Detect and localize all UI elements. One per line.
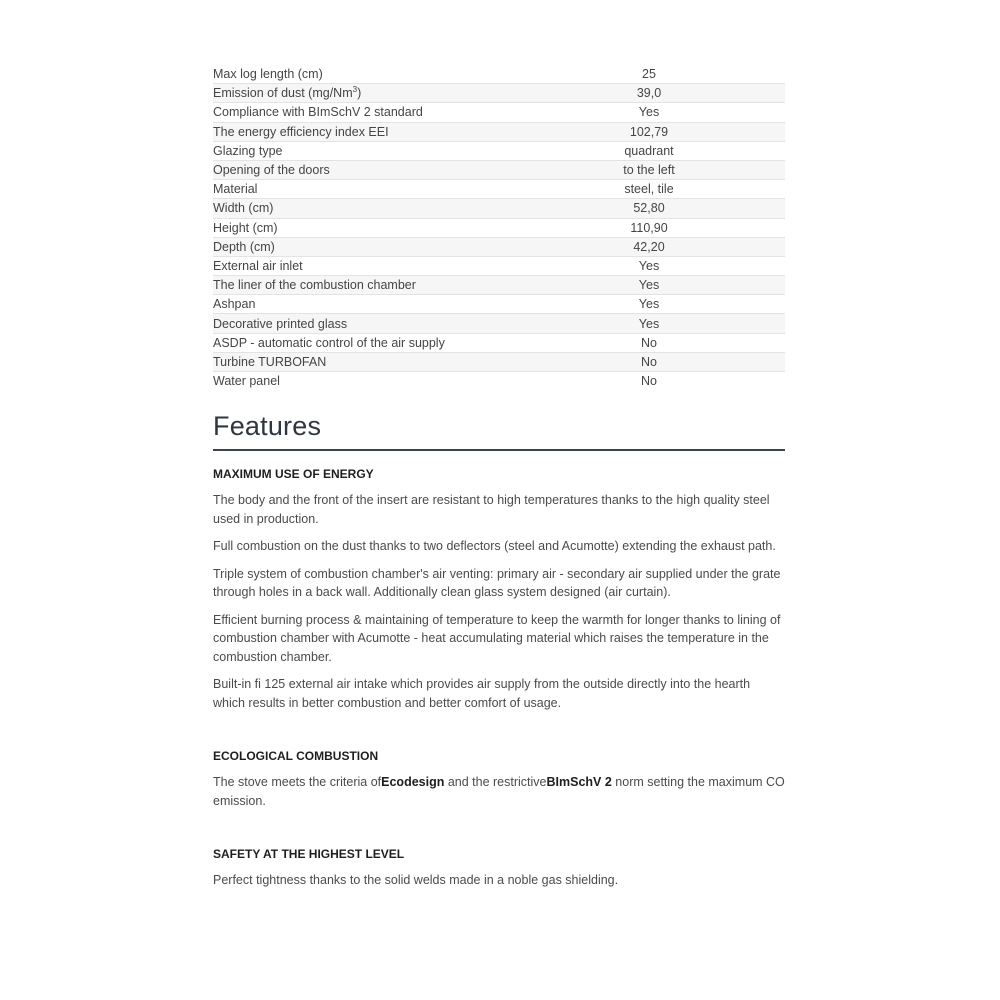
spec-value: Yes — [513, 103, 785, 122]
spec-label: Depth (cm) — [213, 237, 513, 256]
paragraph: The body and the front of the insert are… — [213, 491, 785, 528]
spec-row: External air inletYes — [213, 256, 785, 275]
spec-label: Opening of the doors — [213, 160, 513, 179]
section-ecological-combustion: ECOLOGICAL COMBUSTION The stove meets th… — [213, 748, 785, 810]
spec-row: Water panelNo — [213, 372, 785, 391]
spec-value: 25 — [513, 65, 785, 84]
spec-label: The liner of the combustion chamber — [213, 276, 513, 295]
bimschv-emphasis: BImSchV 2 — [547, 775, 612, 789]
paragraph: Full combustion on the dust thanks to tw… — [213, 537, 785, 556]
spec-row: The liner of the combustion chamberYes — [213, 276, 785, 295]
spec-row: Height (cm)110,90 — [213, 218, 785, 237]
spec-label: Compliance with BImSchV 2 standard — [213, 103, 513, 122]
spec-label: Decorative printed glass — [213, 314, 513, 333]
ecodesign-emphasis: Ecodesign — [381, 775, 444, 789]
section-heading: ECOLOGICAL COMBUSTION — [213, 748, 785, 764]
spec-label: Turbine TURBOFAN — [213, 352, 513, 371]
spec-label: Ashpan — [213, 295, 513, 314]
spec-value: 110,90 — [513, 218, 785, 237]
spec-row: Materialsteel, tile — [213, 180, 785, 199]
spec-row: Glazing typequadrant — [213, 141, 785, 160]
paragraph: Perfect tightness thanks to the solid we… — [213, 871, 785, 890]
spec-label: Material — [213, 180, 513, 199]
spec-value: 39,0 — [513, 84, 785, 103]
paragraph: The stove meets the criteria ofEcodesign… — [213, 773, 785, 810]
paragraph: Triple system of combustion chamber's ai… — [213, 565, 785, 602]
features-title: Features — [213, 410, 785, 442]
section-heading: MAXIMUM USE OF ENERGY — [213, 466, 785, 482]
spec-row: ASDP - automatic control of the air supp… — [213, 333, 785, 352]
spec-label: Emission of dust (mg/Nm3) — [213, 84, 513, 103]
spec-row: The energy efficiency index EEI102,79 — [213, 122, 785, 141]
spec-label: Glazing type — [213, 141, 513, 160]
spec-row: Decorative printed glassYes — [213, 314, 785, 333]
spec-row: Turbine TURBOFANNo — [213, 352, 785, 371]
spec-value: Yes — [513, 295, 785, 314]
spec-label: External air inlet — [213, 256, 513, 275]
features-divider — [213, 449, 785, 451]
spec-value: 42,20 — [513, 237, 785, 256]
spec-value: Yes — [513, 314, 785, 333]
spec-value: quadrant — [513, 141, 785, 160]
section-heading: SAFETY AT THE HIGHEST LEVEL — [213, 846, 785, 862]
product-details: Max log length (cm)25Emission of dust (m… — [213, 65, 785, 890]
spec-value: 52,80 — [513, 199, 785, 218]
spec-label: The energy efficiency index EEI — [213, 122, 513, 141]
spec-value: No — [513, 352, 785, 371]
section-maximum-use-of-energy: MAXIMUM USE OF ENERGY The body and the f… — [213, 466, 785, 712]
spec-label: ASDP - automatic control of the air supp… — [213, 333, 513, 352]
spec-value: to the left — [513, 160, 785, 179]
paragraph: Efficient burning process & maintaining … — [213, 611, 785, 667]
spec-row: Opening of the doorsto the left — [213, 160, 785, 179]
spec-label: Height (cm) — [213, 218, 513, 237]
section-safety: SAFETY AT THE HIGHEST LEVEL Perfect tigh… — [213, 846, 785, 890]
spec-row: Width (cm)52,80 — [213, 199, 785, 218]
spec-row: AshpanYes — [213, 295, 785, 314]
spec-value: 102,79 — [513, 122, 785, 141]
spec-label: Width (cm) — [213, 199, 513, 218]
spec-row: Depth (cm)42,20 — [213, 237, 785, 256]
spec-value: Yes — [513, 256, 785, 275]
spec-row: Emission of dust (mg/Nm3)39,0 — [213, 84, 785, 103]
specifications-table: Max log length (cm)25Emission of dust (m… — [213, 65, 785, 390]
spec-row: Max log length (cm)25 — [213, 65, 785, 84]
spec-value: No — [513, 372, 785, 391]
spec-row: Compliance with BImSchV 2 standardYes — [213, 103, 785, 122]
spec-label: Max log length (cm) — [213, 65, 513, 84]
spec-value: No — [513, 333, 785, 352]
spec-value: steel, tile — [513, 180, 785, 199]
spec-value: Yes — [513, 276, 785, 295]
spec-label: Water panel — [213, 372, 513, 391]
paragraph: Built-in fi 125 external air intake whic… — [213, 675, 785, 712]
